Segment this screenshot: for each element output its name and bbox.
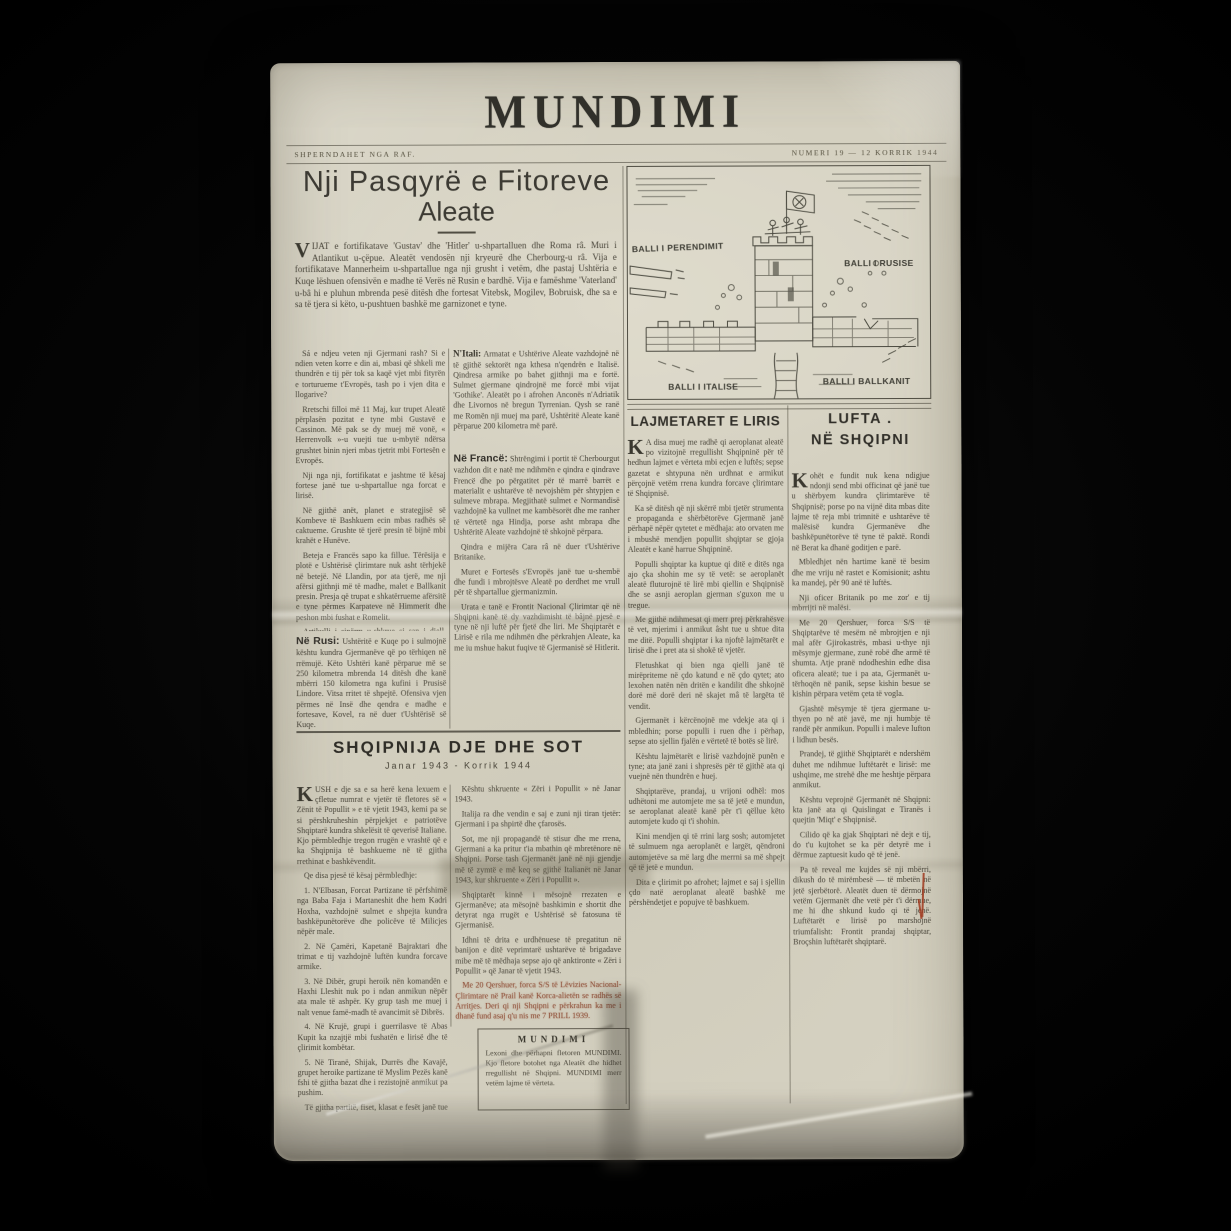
dropcap: K — [792, 471, 810, 489]
article-title-lufta: LUFTA . NË SHQIPNI — [789, 409, 931, 452]
fortress-cartoon-drawing: BALLI I PERENDIMIT BALLI I RUSISE BALLI … — [627, 166, 930, 399]
section-text-italy: Armatat e Ushtërive Aleate vazhdojnë në … — [453, 349, 619, 431]
article-paragraph: Nji oficer Britanik po me zor' e tij mbr… — [792, 592, 930, 613]
article-paragraph: Kështu veprojnë Gjermanët në Shqipni: kt… — [793, 795, 931, 826]
lufta-column: Kohët e fundit nuk kena ndigjue ndonji s… — [792, 471, 932, 1101]
article-paragraph: Kini mendjen qi të rrini larg sosh; auto… — [629, 832, 785, 873]
article-title: SHQIPNIJA DJE DHE SOT — [296, 737, 620, 758]
article-paragraph: Muret e Fortesës s'Evropës janë tue u-sh… — [454, 567, 620, 598]
article-paragraph: Sá e ndjeu veten nji Gjermani rash? Si e… — [295, 349, 445, 401]
article-paragraph: Të gjitha partitë, fiset, klasat e fesët… — [298, 1103, 448, 1113]
list-item: 4. Në Krujë, grupi i guerrilasve të Abas… — [297, 1022, 447, 1053]
masthead-title: MUNDIMI — [270, 83, 960, 140]
article-paragraph: Beteja e Francës sapo ka fillue. Tërësij… — [296, 551, 446, 623]
article-paragraph: Qindra e mijëra Cara râ në duer t'Ushtër… — [454, 542, 620, 563]
list-item: 2. Në Çamëri, Kapetanë Bajraktari dhe tr… — [297, 941, 447, 972]
promo-box-text: Lexoni dhe përhapni fletoren MUNDIMI. Kj… — [486, 1048, 622, 1088]
article-text: USH e dje sa e sa herë kena lexuem e çfl… — [297, 785, 447, 866]
article-header-shqipnija: SHQIPNIJA DJE DHE SOT Janar 1943 - Korri… — [296, 730, 620, 771]
front-label-russia: BALLI I RUSISE — [844, 258, 913, 268]
article-paragraph: Sot, me nji propagandë të stisur dhe me … — [455, 834, 621, 886]
article-paragraph: Nji nga nji, fortifikatat e jashtme të k… — [296, 470, 446, 501]
front-label-balkan: BALLI I BALLKANIT — [823, 376, 911, 386]
article-paragraph: Kështu lajmëtarët e lirisë vazhdojnë pun… — [628, 751, 784, 782]
dropcap: K — [627, 438, 645, 456]
section-label-russia: Në Rusi: — [296, 635, 339, 647]
section-label-france: Në Francë: — [453, 452, 507, 464]
front-label-west: BALLI I PERENDIMIT — [632, 241, 725, 255]
section-italy: N'Itali: Armatat e Ushtërive Aleate vazh… — [453, 348, 619, 449]
shqipnija-column-1: KUSH e dje sa e sa herë kena lexuem e çf… — [297, 785, 448, 1114]
dropcap: V — [295, 241, 312, 259]
article-paragraph: Pa të reveal me kujdes së nji mbërri, di… — [793, 865, 931, 947]
article-paragraph: Qe disa pjesë të kësaj përmbledhje: — [297, 871, 447, 882]
lajmetaret-column: KA disa muej me radhë qi aeroplanat alea… — [627, 437, 785, 1102]
newspaper-page: MUNDIMI SHPERNDAHET NGA RAF. NUMERI 19 —… — [270, 61, 964, 1161]
article-subtitle: Janar 1943 - Korrik 1944 — [297, 760, 621, 771]
list-item: 3. Në Dibër, grupi heroik nën komandën e… — [297, 977, 447, 1018]
article-paragraph: Cilido që ka gjak Shqiptari në dejt e ti… — [793, 830, 931, 861]
distribution-note: SHPERNDAHET NGA RAF. — [294, 150, 416, 159]
article-paragraph: Kështu shkruente « Zëri i Popullit » në … — [455, 784, 621, 805]
article-paragraph: Prandej, të gjithë Shqiptarët e ndershëm… — [792, 749, 930, 790]
dropcap: K — [297, 785, 315, 803]
lufta-title-line1: LUFTA . — [789, 409, 931, 431]
headline-line1: Nji Pasqyrë e Fitoreve — [298, 166, 614, 198]
lead-paragraph: VIJAT e fortifikatave 'Gustav' dhe 'Hitl… — [295, 240, 617, 343]
article-paragraph: Shqiptarët kinnë i mësojnë rrezaten e Gj… — [455, 890, 621, 932]
column-divider — [450, 785, 452, 1027]
article-paragraph: Populli shqiptar ka kuptue qi ditë e dit… — [628, 559, 784, 611]
photo-stage: MUNDIMI SHPERNDAHET NGA RAF. NUMERI 19 —… — [0, 0, 1231, 1231]
promo-box: MUNDIMI Lexoni dhe përhapni fletoren MUN… — [477, 1028, 629, 1111]
red-stamped-text: Me 20 Qershuer, forca S/S të Lëvizies Na… — [455, 980, 621, 1022]
article-text: ohët e fundit nuk kena ndigjue ndonji se… — [792, 471, 930, 552]
article-paragraph: Shqiptarëve, prandaj, u vrijoni odhël: m… — [629, 786, 785, 827]
column-divider — [448, 349, 450, 729]
article-paragraph: Gjermanët i kërcënojnë me vdekje ata qi … — [628, 716, 784, 747]
article-paragraph: Me 20 Qershuer, forca S/S të Shqiptarëve… — [792, 617, 930, 699]
lead-text: IJAT e fortifikatave 'Gustav' dhe 'Hitle… — [295, 240, 617, 310]
lead-headline: Nji Pasqyrë e Fitoreve Aleate — [298, 166, 614, 234]
list-item: 5. Në Tiranë, Shijak, Durrës dhe Kavajë,… — [298, 1057, 448, 1098]
article-paragraph: Fletushkat qi bien nga qielli janë të mi… — [628, 660, 784, 712]
section-label-italy: N'Itali: — [453, 348, 481, 358]
issue-band: SHPERNDAHET NGA RAF. NUMERI 19 — 12 KORR… — [286, 143, 946, 164]
cartoon-illustration: BALLI I PERENDIMIT BALLI I RUSISE BALLI … — [626, 165, 931, 400]
article-paragraph: Urata e tanë e Frontit Nacional Çlirimta… — [454, 602, 620, 654]
article-paragraph: Idhni të drita e urdhënuese të pregatitu… — [455, 935, 621, 977]
article-paragraph: Mbledhjet nën hartime kanë të besim dhe … — [792, 557, 930, 588]
article-text: A disa muej me radhë qi aeroplanat aleat… — [627, 437, 783, 498]
article-paragraph: Artikulli i sipërm u-shkrue si san i die… — [296, 627, 446, 631]
column-divider — [787, 405, 790, 1103]
headline-line2: Aleate — [299, 197, 615, 228]
article-paragraph: Rretschi filloi më 11 Maj, kur trupet Al… — [295, 404, 445, 466]
issue-number: NUMERI 19 — 12 KORRIK 1944 — [792, 148, 939, 158]
article-paragraph: Dita e çlirimit po afrohet; lajmet e saj… — [629, 877, 785, 908]
column-left-upper: Sá e ndjeu veten nji Gjermani rash? Si e… — [295, 349, 446, 632]
article-paragraph: Ka së ditësh që nji skërrë mbi tjetër st… — [628, 503, 784, 555]
front-label-italy: BALLI I ITALISE — [668, 382, 738, 392]
article-paragraph: Gjashtë mësymje të tjera gjermane u-thye… — [792, 704, 930, 745]
lufta-title-line2: NË SHQIPNI — [789, 430, 931, 452]
article-paragraph: Në gjithë anët, planet e strategjisë së … — [296, 505, 446, 546]
list-item: 1. N'Elbasan, Forcat Partizane të përfsh… — [297, 886, 447, 938]
section-russia: Në Rusi: Ushtëritë e Kuqe po i sulmojnë … — [296, 635, 446, 730]
article-paragraph: Me gjithë ndihmesat qi merr prej përkrah… — [628, 615, 784, 656]
headline-underline — [438, 231, 476, 233]
shqipnija-column-2: Kështu shkruente « Zëri i Popullit » në … — [455, 784, 622, 1027]
article-paragraph: Italija ra dhe vendin e saj e zuni nji t… — [455, 809, 621, 830]
section-text-russia: Ushtëritë e Kuqe po i sulmojnë kështu ku… — [296, 637, 446, 730]
section-text-france: Shtrëngimi i portit të Cherbourgut vazhd… — [453, 454, 619, 536]
article-title-lajmetaret: LAJMETARET E LIRIS — [625, 413, 785, 429]
promo-box-title: MUNDIMI — [485, 1034, 621, 1044]
section-france: Në Francë: Shtrëngimi i portit të Cherbo… — [453, 452, 620, 729]
